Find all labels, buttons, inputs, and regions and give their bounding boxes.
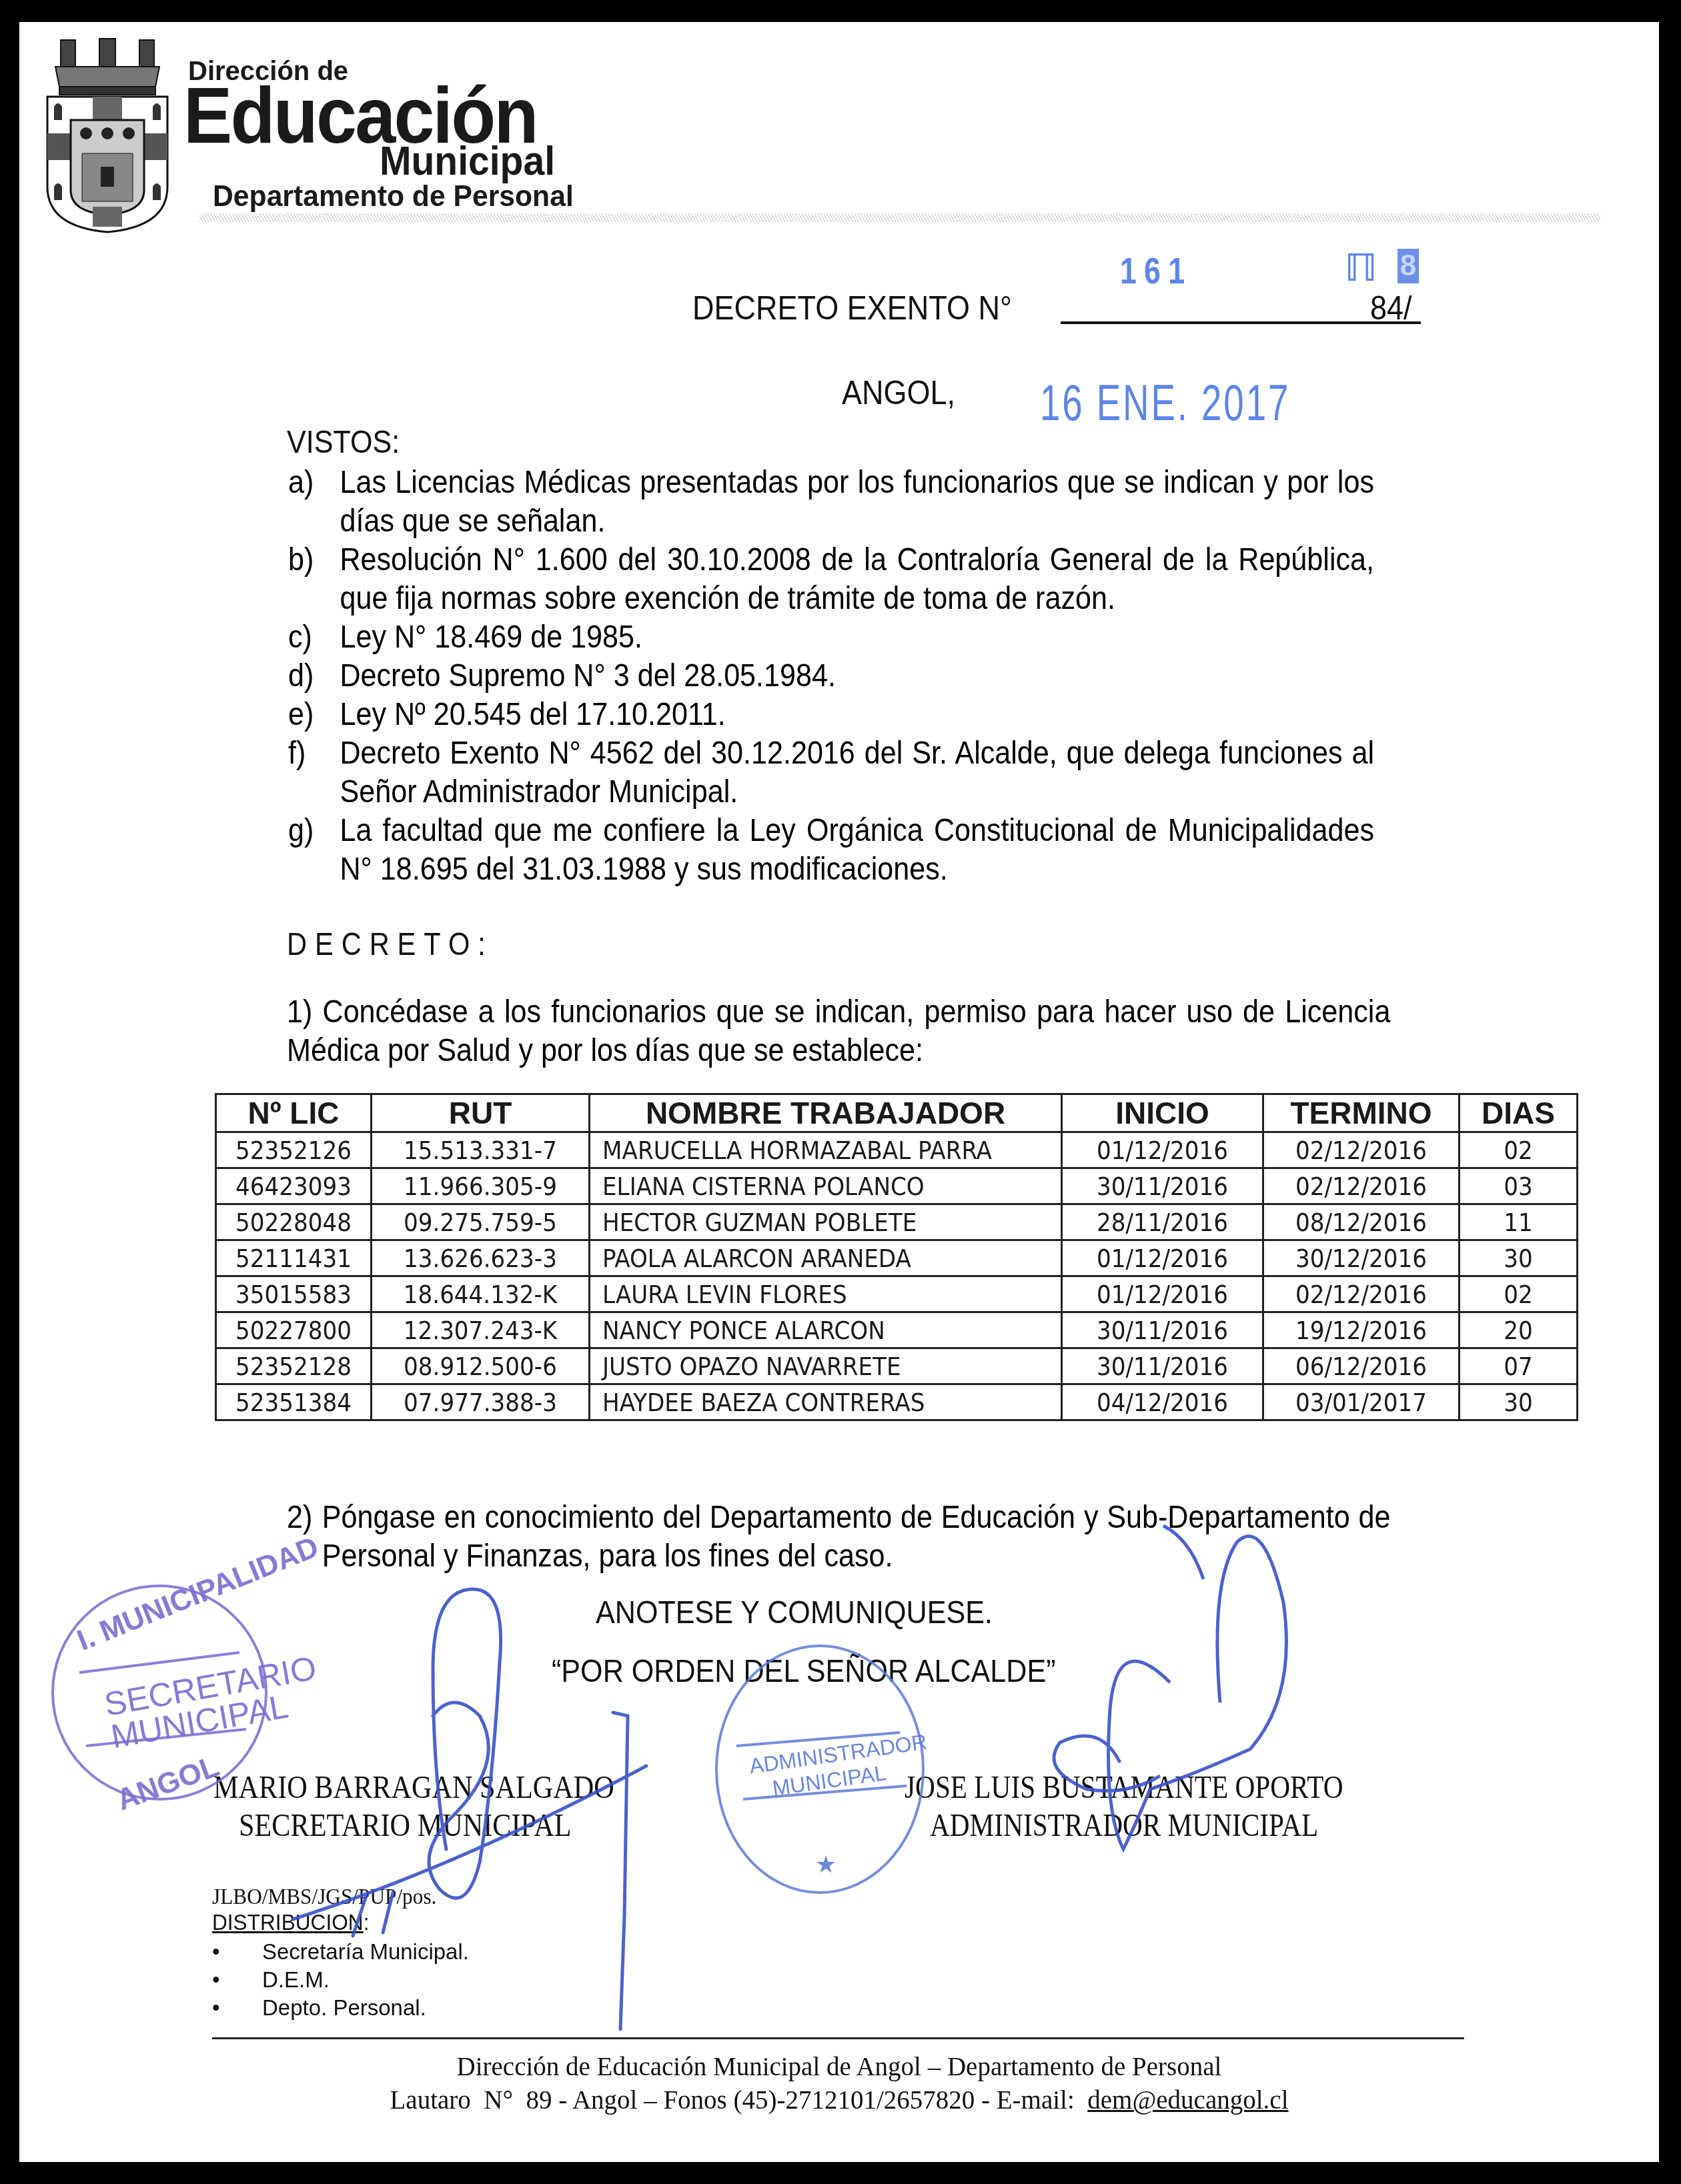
vistos-item: g)La facultad que me confiere la Ley Org… — [288, 811, 1374, 888]
rut-cell: 13.626.623-3 — [372, 1240, 590, 1276]
signatory-1-name: MARIO BARRAGAN SALGADO — [213, 1769, 614, 1806]
vistos-item: c)Ley N° 18.469 de 1985. — [288, 618, 1374, 656]
vistos-list: a)Las Licencias Médicas presentadas por … — [288, 463, 1374, 888]
decree-number-line — [1061, 321, 1421, 324]
distribution-heading: DISTRIBUCION: — [212, 1910, 369, 1936]
item-marker: 2) — [287, 1498, 312, 1536]
signatory-2-name: JOSE LUIS BUSTAMANTE OPORTO — [905, 1769, 1343, 1806]
footer-line-1: Dirección de Educación Municipal de Ango… — [19, 2052, 1659, 2082]
vistos-item-text: Resolución N° 1.600 del 30.10.2008 de la… — [340, 540, 1374, 618]
item-marker: c) — [288, 618, 312, 656]
worker-name-cell: JUSTO OPAZO NAVARRETE — [590, 1348, 1062, 1384]
license-number-cell: 52352126 — [216, 1132, 372, 1168]
svg-text:ADMINISTRADOR: ADMINISTRADOR — [748, 1730, 929, 1779]
end-date-cell: 06/12/2016 — [1263, 1348, 1460, 1384]
vistos-item: d)Decreto Supremo N° 3 del 28.05.1984. — [288, 656, 1374, 695]
rut-cell: 08.912.500-6 — [372, 1348, 590, 1384]
end-date-cell: 02/12/2016 — [1263, 1168, 1460, 1204]
rut-cell: 11.966.305-9 — [372, 1168, 590, 1204]
column-header: RUT — [372, 1094, 590, 1132]
table-row: 5022780012.307.243-KNANCY PONCE ALARCON3… — [216, 1312, 1578, 1348]
end-date-cell: 19/12/2016 — [1263, 1312, 1460, 1348]
table-row: 4642309311.966.305-9ELIANA CISTERNA POLA… — [216, 1168, 1578, 1204]
closing-line-2: “POR ORDEN DEL SEÑOR ALCALDE” — [552, 1653, 1056, 1690]
svg-text:ANGOL: ANGOL — [113, 1750, 223, 1817]
days-cell: 30 — [1460, 1384, 1578, 1420]
header-department: Departamento de Personal — [213, 182, 574, 211]
start-date-cell: 30/11/2016 — [1062, 1168, 1263, 1204]
closing-line-1: ANOTESE Y COMUNIQUESE. — [596, 1594, 993, 1631]
distribution-heading-colon: : — [364, 1910, 370, 1936]
signatory-1-role: SECRETARIO MUNICIPAL — [239, 1807, 571, 1844]
table-row: 5235212615.513.331-7MARUCELLA HORMAZABAL… — [216, 1132, 1578, 1168]
worker-name-cell: PAOLA ALARCON ARANEDA — [590, 1240, 1062, 1276]
decreto-item-2: 2) Póngase en conocimiento del Departame… — [287, 1498, 1390, 1575]
vistos-item-text: Decreto Exento N° 4562 del 30.12.2016 de… — [340, 734, 1374, 811]
rut-cell: 09.275.759-5 — [372, 1204, 590, 1240]
decree-stamp-fragment: ℿ — [1345, 246, 1377, 290]
worker-name-cell: LAURA LEVIN FLORES — [590, 1276, 1062, 1312]
license-number-cell: 52352128 — [216, 1348, 372, 1384]
decreto-item-1: 1) Concédase a los funcionarios que se i… — [287, 992, 1390, 1070]
end-date-cell: 30/12/2016 — [1263, 1240, 1460, 1276]
distribution-list: Secretaría Municipal.D.E.M.Depto. Person… — [212, 1938, 469, 2022]
municipal-crest-icon — [41, 33, 174, 233]
days-cell: 11 — [1460, 1204, 1578, 1240]
vistos-item-text: Ley N° 18.469 de 1985. — [340, 618, 1374, 656]
table-row: 5022804809.275.759-5HECTOR GUZMAN POBLET… — [216, 1204, 1578, 1240]
column-header: DIAS — [1460, 1094, 1578, 1132]
rut-cell: 15.513.331-7 — [372, 1132, 590, 1168]
table-header-row: Nº LICRUTNOMBRE TRABAJADORINICIOTERMINOD… — [216, 1094, 1578, 1132]
item-marker: a) — [288, 463, 314, 501]
license-number-cell: 52111431 — [216, 1240, 372, 1276]
vistos-item-text: Ley Nº 20.545 del 17.10.2011. — [340, 695, 1374, 734]
footer-divider — [212, 2037, 1464, 2039]
decreto-item-2-text: Póngase en conocimiento del Departamento… — [322, 1498, 1391, 1575]
document-page: Dirección de Educación Municipal Departa… — [19, 22, 1659, 2162]
svg-text:MUNICIPAL: MUNICIPAL — [771, 1761, 888, 1801]
start-date-cell: 30/11/2016 — [1062, 1312, 1263, 1348]
start-date-cell: 30/11/2016 — [1062, 1348, 1263, 1384]
svg-text:★: ★ — [815, 1851, 836, 1878]
table-row: 3501558318.644.132-KLAURA LEVIN FLORES01… — [216, 1276, 1578, 1312]
svg-text:MUNICIPAL: MUNICIPAL — [108, 1687, 291, 1755]
start-date-cell: 28/11/2016 — [1062, 1204, 1263, 1240]
end-date-cell: 02/12/2016 — [1263, 1132, 1460, 1168]
item-marker: g) — [288, 811, 314, 850]
licenses-table: Nº LICRUTNOMBRE TRABAJADORINICIOTERMINOD… — [215, 1093, 1578, 1421]
column-header: INICIO — [1062, 1094, 1263, 1132]
vistos-item-text: Decreto Supremo N° 3 del 28.05.1984. — [340, 656, 1374, 695]
vistos-item: e)Ley Nº 20.545 del 17.10.2011. — [288, 695, 1374, 734]
secretario-stamp-icon — [53, 1586, 266, 1799]
decreto-heading: DECRETO: — [287, 926, 494, 963]
rut-cell: 07.977.388-3 — [372, 1384, 590, 1420]
decreto-item-1-text: 1) Concédase a los funcionarios que se i… — [287, 992, 1390, 1070]
vistos-item: a)Las Licencias Médicas presentadas por … — [288, 463, 1374, 540]
distribution-item: D.E.M. — [212, 1966, 469, 1994]
days-cell: 07 — [1460, 1348, 1578, 1384]
days-cell: 02 — [1460, 1132, 1578, 1168]
start-date-cell: 01/12/2016 — [1062, 1240, 1263, 1276]
vistos-item-text: La facultad que me confiere la Ley Orgán… — [340, 811, 1374, 888]
signatory-2-role: ADMINISTRADOR MUNICIPAL — [930, 1807, 1318, 1844]
decree-label: DECRETO EXENTO N° — [692, 289, 1012, 327]
vistos-heading: VISTOS: — [287, 423, 400, 461]
license-number-cell: 35015583 — [216, 1276, 372, 1312]
item-marker: d) — [288, 656, 314, 695]
reference-initials: JLBO/MBS/JGS/PUP/pos. — [212, 1885, 436, 1910]
vistos-item-text: Las Licencias Médicas presentadas por lo… — [340, 463, 1374, 540]
worker-name-cell: MARUCELLA HORMAZABAL PARRA — [590, 1132, 1062, 1168]
license-number-cell: 46423093 — [216, 1168, 372, 1204]
table-row: 5235212808.912.500-6JUSTO OPAZO NAVARRET… — [216, 1348, 1578, 1384]
table-row: 5211143113.626.623-3PAOLA ALARCON ARANED… — [216, 1240, 1578, 1276]
days-cell: 03 — [1460, 1168, 1578, 1204]
distribution-item: Secretaría Municipal. — [212, 1938, 469, 1966]
distribution-item: Depto. Personal. — [212, 1994, 469, 2022]
table-row: 5235138407.977.388-3HAYDEE BAEZA CONTRER… — [216, 1384, 1578, 1420]
column-header: NOMBRE TRABAJADOR — [590, 1094, 1062, 1132]
days-cell: 30 — [1460, 1240, 1578, 1276]
column-header: Nº LIC — [216, 1094, 372, 1132]
header-line-3: Municipal — [380, 141, 555, 182]
worker-name-cell: NANCY PONCE ALARCON — [590, 1312, 1062, 1348]
distribution-heading-text: DISTRIBUCION — [212, 1910, 364, 1935]
rut-cell: 18.644.132-K — [372, 1276, 590, 1312]
place-label: ANGOL, — [842, 373, 955, 412]
decree-number-handwritten: 84/ — [1370, 289, 1412, 327]
footer-address: Lautaro N° 89 - Angol – Fonos (45)-27121… — [390, 2086, 1088, 2115]
start-date-cell: 04/12/2016 — [1062, 1384, 1263, 1420]
decree-stamp-digit: 8 — [1397, 249, 1419, 283]
end-date-cell: 02/12/2016 — [1263, 1276, 1460, 1312]
date-stamp: 16 ENE. 2017 — [1040, 374, 1290, 432]
item-marker: f) — [288, 734, 306, 772]
decree-number-stamp: 161 — [1120, 249, 1192, 292]
worker-name-cell: HECTOR GUZMAN POBLETE — [590, 1204, 1062, 1240]
days-cell: 02 — [1460, 1276, 1578, 1312]
vistos-item: b)Resolución N° 1.600 del 30.10.2008 de … — [288, 540, 1374, 618]
rut-cell: 12.307.243-K — [372, 1312, 590, 1348]
svg-text:I. MUNICIPALIDAD: I. MUNICIPALIDAD — [73, 1530, 324, 1657]
days-cell: 20 — [1460, 1312, 1578, 1348]
end-date-cell: 03/01/2017 — [1263, 1384, 1460, 1420]
header-divider — [199, 213, 1600, 222]
license-number-cell: 52351384 — [216, 1384, 372, 1420]
item-marker: e) — [288, 695, 314, 734]
footer-line-2: Lautaro N° 89 - Angol – Fonos (45)-27121… — [19, 2085, 1659, 2115]
footer-email-link[interactable]: dem@educangol.cl — [1087, 2086, 1288, 2115]
vistos-item: f)Decreto Exento N° 4562 del 30.12.2016 … — [288, 734, 1374, 811]
svg-text:SECRETARIO: SECRETARIO — [101, 1649, 319, 1723]
column-header: TERMINO — [1263, 1094, 1460, 1132]
start-date-cell: 01/12/2016 — [1062, 1132, 1263, 1168]
item-marker: b) — [288, 540, 314, 579]
start-date-cell: 01/12/2016 — [1062, 1276, 1263, 1312]
worker-name-cell: HAYDEE BAEZA CONTRERAS — [590, 1384, 1062, 1420]
end-date-cell: 08/12/2016 — [1263, 1204, 1460, 1240]
worker-name-cell: ELIANA CISTERNA POLANCO — [590, 1168, 1062, 1204]
license-number-cell: 50228048 — [216, 1204, 372, 1240]
license-number-cell: 50227800 — [216, 1312, 372, 1348]
